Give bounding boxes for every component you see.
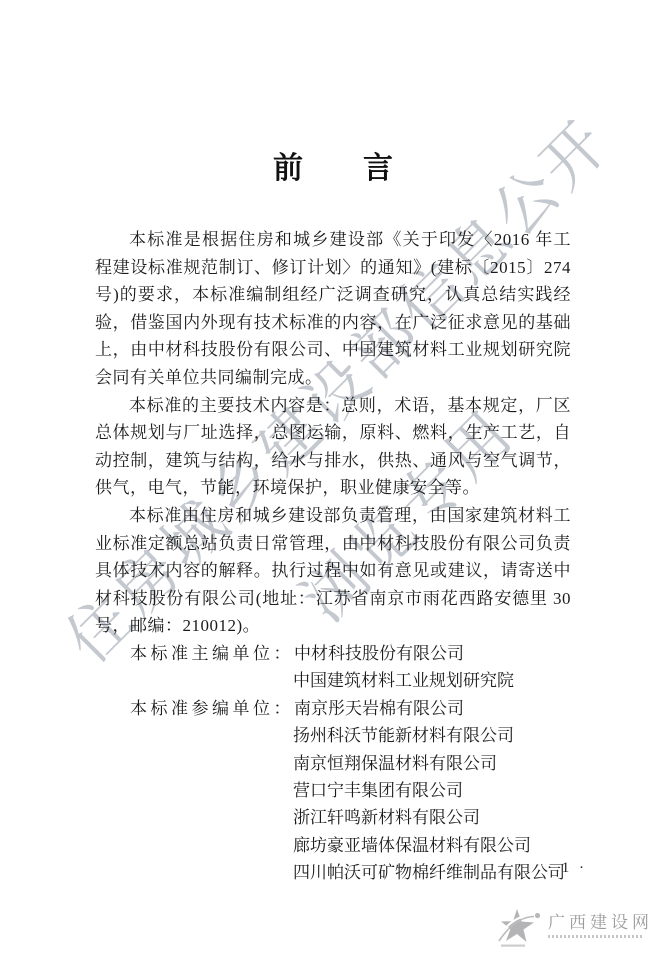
participating-editor-unit: 浙江轩鸣新材料有限公司 (293, 804, 480, 831)
participating-editor-unit: 扬州科沃节能新材料有限公司 (293, 722, 514, 749)
chief-editor-label: 本标准主编单位： (130, 640, 294, 667)
participating-editor-unit: 营口宁丰集团有限公司 (293, 777, 463, 804)
site-logo-text: 广西建设网 (548, 906, 653, 938)
site-name: 广西建设网 (548, 914, 653, 932)
participating-editor-row: 营口宁丰集团有限公司 (95, 777, 571, 804)
logo-tagline (548, 935, 644, 938)
participating-editor-row: 浙江轩鸣新材料有限公司 (95, 804, 571, 831)
participating-editor-unit: 南京恒翔保温材料有限公司 (293, 750, 497, 777)
paragraph-2: 本标准的主要技术内容是：总则，术语，基本规定，厂区总体规划与厂址选择，总图运输，… (95, 392, 571, 502)
page-title: 前 言 (95, 140, 571, 186)
editor-units-list: 本标准主编单位： 中材科技股份有限公司 中国建筑材料工业规划研究院 本标准参编单… (95, 640, 571, 887)
paragraph-1: 本标准是根据住房和城乡建设部《关于印发〈2016 年工程建设标准规范制订、修订计… (95, 226, 571, 392)
chief-editor-row: 本标准主编单位： 中材科技股份有限公司 (95, 640, 571, 667)
preface-content: 前 言 本标准是根据住房和城乡建设部《关于印发〈2016 年工程建设标准规范制订… (95, 140, 571, 887)
participating-editor-row: 南京恒翔保温材料有限公司 (95, 750, 571, 777)
participating-editor-row: 四川帕沃可矿物棉纤维制品有限公司 (95, 859, 571, 886)
star-swoosh-icon (495, 906, 543, 950)
document-page: 住房城乡建设部信息公开 浏览专用 前 言 本标准是根据住房和城乡建设部《关于印发… (0, 0, 661, 958)
chief-editor-row: 中国建筑材料工业规划研究院 (95, 667, 571, 694)
participating-editor-unit: 廊坊豪亚墙体保温材料有限公司 (293, 832, 531, 859)
chief-editor-unit: 中材科技股份有限公司 (294, 640, 464, 667)
site-logo: 广西建设网 (495, 906, 653, 950)
participating-editor-row: 本标准参编单位： 南京彤天岩棉有限公司 (95, 695, 571, 722)
chief-editor-unit: 中国建筑材料工业规划研究院 (293, 667, 514, 694)
participating-editor-unit: 四川帕沃可矿物棉纤维制品有限公司 (293, 859, 565, 886)
paragraph-3: 本标准由住房和城乡建设部负责管理，由国家建筑材料工业标准定额总站负责日常管理，由… (95, 502, 571, 640)
page-number: · 1 · (547, 860, 587, 877)
participating-editor-unit: 南京彤天岩棉有限公司 (294, 695, 464, 722)
participating-editor-label: 本标准参编单位： (130, 695, 294, 722)
participating-editor-row: 廊坊豪亚墙体保温材料有限公司 (95, 832, 571, 859)
participating-editor-row: 扬州科沃节能新材料有限公司 (95, 722, 571, 749)
